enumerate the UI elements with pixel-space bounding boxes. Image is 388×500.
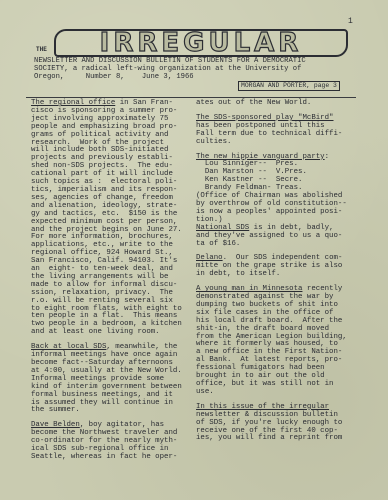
article-this-issue: In this issue of the irregular newslette… [196, 404, 361, 444]
masthead-banner: IRREGULAR [54, 29, 348, 57]
article-delano: Delano. Our SDS independent com- mitte o… [196, 255, 361, 279]
masthead-prefix: THE [36, 46, 47, 53]
article-minnesota: A young man in Minnesota recently demons… [196, 286, 361, 397]
article-regional-office: The regional office in San Fran- cisco i… [31, 100, 191, 337]
header-divider [26, 97, 356, 98]
article-mcbird: The SDS-sponsored play "McBird" has been… [196, 115, 361, 147]
left-column: The regional office in San Fran- cisco i… [31, 100, 191, 469]
article-national-sds: National SDS is in debt, badly, and they… [196, 225, 361, 249]
masthead-title: IRREGULAR [100, 30, 303, 56]
article-local-sds: Back at local SDS, meanwhile, the inform… [31, 344, 191, 415]
page-number: 1 [348, 17, 353, 26]
officers-list: Lou Sinniger-- Pres. Dan Marston -- V.Pr… [196, 161, 361, 224]
masthead-subhead: NEWSLETTER AND DISCUSSION BULLETIN OF ST… [34, 57, 334, 82]
reference-box: MORGAN AND PORTER, page 3 [238, 81, 340, 91]
article-dave-belden: Dave Belden, boy agitator, has become th… [31, 422, 191, 462]
article-continuation: ates out of the New World. [196, 100, 361, 108]
right-column: ates out of the New World. The SDS-spons… [196, 100, 361, 450]
masthead: THE IRREGULAR [34, 29, 346, 57]
